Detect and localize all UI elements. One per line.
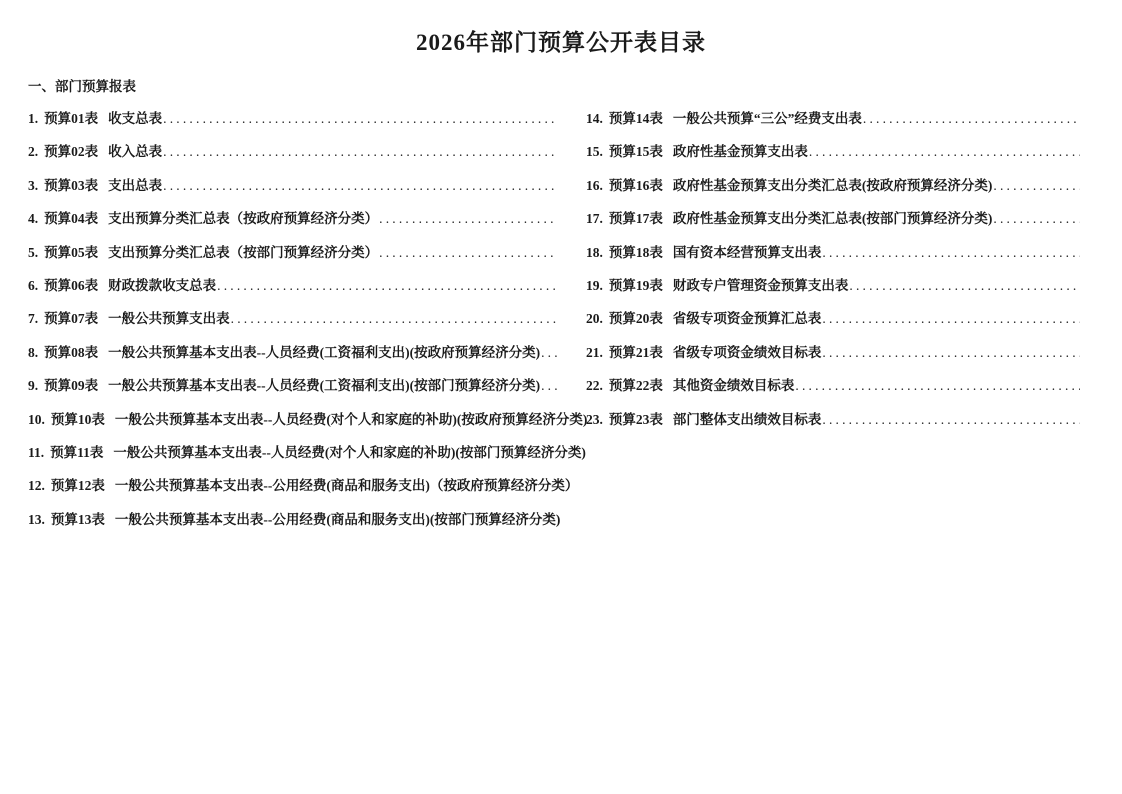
toc-entry: 20.预算20表省级专项资金预算汇总表.....................… (586, 302, 1080, 335)
toc-entry: 17.预算17表政府性基金预算支出分类汇总表(按部门预算经济分类).......… (586, 202, 1080, 235)
entry-number: 18. (586, 236, 603, 269)
toc-entry: 1.预算01表收支总表.............................… (28, 102, 557, 135)
entry-number: 14. (586, 102, 603, 135)
dot-leader: ........................................… (862, 102, 1080, 135)
entry-number: 12. (28, 469, 45, 502)
dot-leader: ........................................… (821, 302, 1080, 335)
dot-leader: ........................................… (162, 135, 557, 168)
dot-leader: ........................................… (378, 236, 557, 269)
toc-entry: 14.预算14表一般公共预算“三公”经费支出表.................… (586, 102, 1080, 135)
entry-table-label: 预算04表 (44, 202, 98, 235)
entry-table-label: 预算03表 (44, 169, 98, 202)
entry-table-label: 预算05表 (44, 236, 98, 269)
entry-title: 一般公共预算基本支出表--人员经费(对个人和家庭的补助)(按政府预算经济分类) (115, 403, 587, 436)
entry-title: 一般公共预算基本支出表--人员经费(工资福利支出)(按部门预算经济分类) (108, 369, 540, 402)
toc-entry: 19.预算19表财政专户管理资金预算支出表...................… (586, 269, 1080, 302)
toc-entry: 9.预算09表一般公共预算基本支出表--人员经费(工资福利支出)(按部门预算经济… (28, 369, 557, 402)
entry-number: 2. (28, 135, 38, 168)
toc-entry: 22.预算22表其他资金绩效目标表.......................… (586, 369, 1080, 402)
entry-table-label: 预算12表 (51, 469, 105, 502)
toc-entry: 12.预算12表一般公共预算基本支出表--公用经费(商品和服务支出)（按政府预算… (28, 469, 557, 502)
entry-title: 部门整体支出绩效目标表 (673, 403, 822, 436)
dot-leader: ........................................… (821, 336, 1080, 369)
entry-table-label: 预算06表 (44, 269, 98, 302)
entry-title: 一般公共预算基本支出表--人员经费(工资福利支出)(按政府预算经济分类) (108, 336, 540, 369)
entry-table-label: 预算13表 (51, 503, 105, 536)
entry-number: 23. (586, 403, 603, 436)
entry-number: 9. (28, 369, 38, 402)
dot-leader: ........................................… (540, 336, 557, 369)
dot-leader: ........................................… (992, 202, 1080, 235)
dot-leader: ........................................… (992, 169, 1080, 202)
entry-title: 其他资金绩效目标表 (673, 369, 795, 402)
dot-leader: ........................................… (578, 469, 579, 502)
entry-table-label: 预算14表 (609, 102, 663, 135)
entry-table-label: 预算15表 (609, 135, 663, 168)
entry-title: 收支总表 (108, 102, 162, 135)
toc-entry: 7.预算07表一般公共预算支出表........................… (28, 302, 557, 335)
entry-table-label: 预算08表 (44, 336, 98, 369)
entry-table-label: 预算07表 (44, 302, 98, 335)
entry-number: 13. (28, 503, 45, 536)
entry-number: 15. (586, 135, 603, 168)
dot-leader: ........................................… (808, 135, 1080, 168)
entry-number: 17. (586, 202, 603, 235)
toc-column-right: 14.预算14表一般公共预算“三公”经费支出表.................… (586, 102, 1080, 536)
dot-leader: ........................................… (162, 102, 557, 135)
entry-title: 一般公共预算基本支出表--公用经费(商品和服务支出)(按部门预算经济分类) (115, 503, 560, 536)
entry-number: 22. (586, 369, 603, 402)
toc-entry: 4.预算04表支出预算分类汇总表（按政府预算经济分类）.............… (28, 202, 557, 235)
entry-title: 财政专户管理资金预算支出表 (673, 269, 849, 302)
toc-entry: 3.预算03表支出总表.............................… (28, 169, 557, 202)
dot-leader: ........................................… (216, 269, 557, 302)
document-page: 2026年部门预算公开表目录 一、部门预算报表 1.预算01表收支总表.....… (0, 0, 1122, 794)
entry-number: 6. (28, 269, 38, 302)
entry-number: 7. (28, 302, 38, 335)
entry-title: 支出预算分类汇总表（按政府预算经济分类） (108, 202, 378, 235)
toc-entry: 6.预算06表财政拨款收支总表.........................… (28, 269, 557, 302)
entry-title: 收入总表 (108, 135, 162, 168)
entry-number: 20. (586, 302, 603, 335)
toc-entry: 15.预算15表政府性基金预算支出表......................… (586, 135, 1080, 168)
entry-table-label: 预算22表 (609, 369, 663, 402)
dot-leader: ........................................… (230, 302, 557, 335)
dot-leader: ........................................… (821, 403, 1080, 436)
toc-entry: 18.预算18表国有资本经营预算支出表.....................… (586, 236, 1080, 269)
entry-table-label: 预算09表 (44, 369, 98, 402)
entry-title: 政府性基金预算支出分类汇总表(按部门预算经济分类) (673, 202, 993, 235)
toc-entry: 13.预算13表一般公共预算基本支出表--公用经费(商品和服务支出)(按部门预算… (28, 503, 557, 536)
entry-number: 16. (586, 169, 603, 202)
dot-leader: ........................................… (540, 369, 557, 402)
dot-leader: ........................................… (162, 169, 557, 202)
dot-leader: ........................................… (821, 236, 1080, 269)
entry-title: 支出预算分类汇总表（按部门预算经济分类） (108, 236, 378, 269)
entry-table-label: 预算01表 (44, 102, 98, 135)
entry-title: 政府性基金预算支出表 (673, 135, 808, 168)
entry-number: 5. (28, 236, 38, 269)
entry-title: 一般公共预算支出表 (108, 302, 230, 335)
entry-table-label: 预算18表 (609, 236, 663, 269)
entry-title: 一般公共预算基本支出表--人员经费(对个人和家庭的补助)(按部门预算经济分类) (113, 436, 585, 469)
entry-table-label: 预算20表 (609, 302, 663, 335)
entry-number: 4. (28, 202, 38, 235)
toc-columns: 1.预算01表收支总表.............................… (28, 102, 1122, 536)
toc-entry: 11.预算11表一般公共预算基本支出表--人员经费(对个人和家庭的补助)(按部门… (28, 436, 557, 469)
toc-entry: 21.预算21表省级专项资金绩效目标表.....................… (586, 336, 1080, 369)
page-title: 2026年部门预算公开表目录 (0, 0, 1122, 56)
entry-table-label: 预算16表 (609, 169, 663, 202)
dot-leader: ........................................… (560, 503, 561, 536)
dot-leader: ........................................… (794, 369, 1080, 402)
entry-title: 一般公共预算“三公”经费支出表 (673, 102, 862, 135)
toc-entry: 23.预算23表部门整体支出绩效目标表.....................… (586, 403, 1080, 436)
entry-number: 8. (28, 336, 38, 369)
section-heading: 一、部门预算报表 (28, 79, 1122, 95)
entry-table-label: 预算10表 (51, 403, 105, 436)
entry-number: 19. (586, 269, 603, 302)
entry-title: 省级专项资金绩效目标表 (673, 336, 822, 369)
entry-number: 21. (586, 336, 603, 369)
entry-table-label: 预算02表 (44, 135, 98, 168)
entry-table-label: 预算17表 (609, 202, 663, 235)
toc-entry: 10.预算10表一般公共预算基本支出表--人员经费(对个人和家庭的补助)(按政府… (28, 403, 557, 436)
entry-title: 财政拨款收支总表 (108, 269, 216, 302)
dot-leader: ........................................… (848, 269, 1080, 302)
entry-title: 省级专项资金预算汇总表 (673, 302, 822, 335)
toc-entry: 8.预算08表一般公共预算基本支出表--人员经费(工资福利支出)(按政府预算经济… (28, 336, 557, 369)
entry-table-label: 预算23表 (609, 403, 663, 436)
entry-table-label: 预算19表 (609, 269, 663, 302)
entry-number: 10. (28, 403, 45, 436)
entry-table-label: 预算11表 (50, 436, 103, 469)
entry-table-label: 预算21表 (609, 336, 663, 369)
entry-title: 一般公共预算基本支出表--公用经费(商品和服务支出)（按政府预算经济分类） (115, 469, 578, 502)
toc-column-left: 1.预算01表收支总表.............................… (28, 102, 557, 536)
entry-title: 支出总表 (108, 169, 162, 202)
dot-leader: ........................................… (378, 202, 557, 235)
entry-number: 1. (28, 102, 38, 135)
entry-number: 3. (28, 169, 38, 202)
toc-entry: 16.预算16表政府性基金预算支出分类汇总表(按政府预算经济分类).......… (586, 169, 1080, 202)
entry-title: 国有资本经营预算支出表 (673, 236, 822, 269)
toc-entry: 2.预算02表收入总表.............................… (28, 135, 557, 168)
toc-entry: 5.预算05表支出预算分类汇总表（按部门预算经济分类）.............… (28, 236, 557, 269)
entry-number: 11. (28, 436, 44, 469)
entry-title: 政府性基金预算支出分类汇总表(按政府预算经济分类) (673, 169, 993, 202)
